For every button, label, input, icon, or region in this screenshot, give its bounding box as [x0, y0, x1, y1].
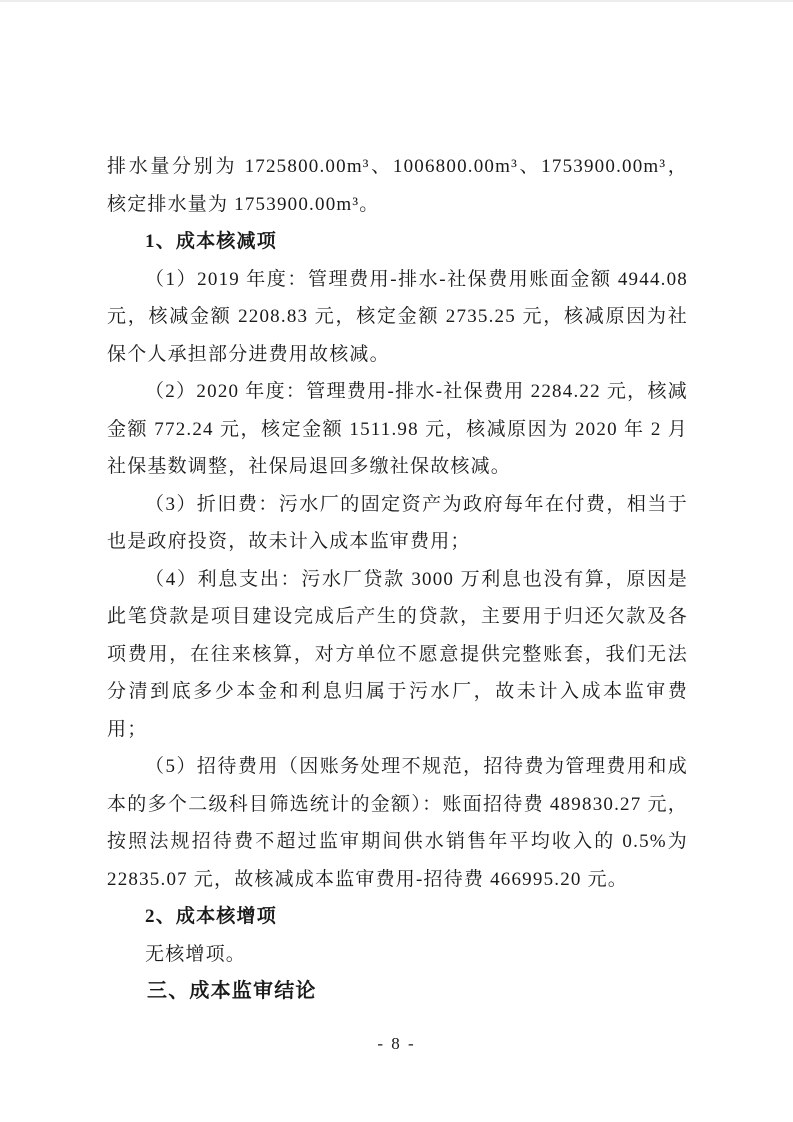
paragraph-item-5-entertainment-expense: （5）招待费用（因账务处理不规范，招待费为管理费用和成本的多个二级科目筛选统计的…: [107, 748, 688, 898]
paragraph-item-3-depreciation: （3）折旧费：污水厂的固定资产为政府每年在付费，相当于也是政府投资，故未计入成本…: [107, 486, 688, 561]
heading-cost-reduction-items: 1、成本核减项: [107, 223, 688, 261]
heading-cost-audit-conclusion: 三、成本监审结论: [107, 973, 688, 1011]
paragraph-no-increase-items: 无核增项。: [107, 936, 688, 974]
document-page: 排水量分别为 1725800.00m³、1006800.00m³、1753900…: [0, 0, 793, 1122]
heading-cost-increase-items: 2、成本核增项: [107, 898, 688, 936]
page-number: - 8 -: [0, 1034, 793, 1054]
paragraph-item-2-2020-social-insurance: （2）2020 年度：管理费用-排水-社保费用 2284.22 元，核减金额 7…: [107, 373, 688, 486]
paragraph-drainage-volume: 排水量分别为 1725800.00m³、1006800.00m³、1753900…: [107, 148, 688, 223]
paragraph-item-4-interest-expense: （4）利息支出：污水厂贷款 3000 万利息也没有算，原因是此笔贷款是项目建设完…: [107, 561, 688, 749]
paragraph-item-1-2019-social-insurance: （1）2019 年度：管理费用-排水-社保费用账面金额 4944.08 元，核减…: [107, 261, 688, 374]
page-body: 排水量分别为 1725800.00m³、1006800.00m³、1753900…: [107, 148, 688, 1011]
